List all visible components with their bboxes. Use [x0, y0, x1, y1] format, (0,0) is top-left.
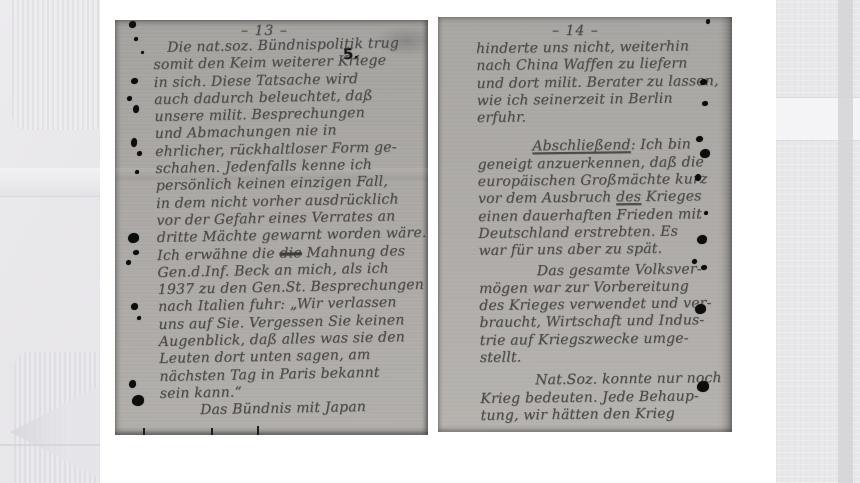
ink-blot	[133, 250, 139, 255]
handwritten-text-page-14: hinderte uns nicht, weiterhinnach China …	[476, 38, 732, 425]
ink-blot	[137, 316, 141, 320]
ink-blot	[700, 149, 710, 158]
ink-blot	[127, 96, 132, 101]
ink-blot	[131, 303, 138, 310]
scanned-page-14: – 14 – hinderte uns nicht, weiterhinnach…	[438, 17, 732, 432]
divider-line	[0, 444, 100, 446]
striped-panel-decoration	[12, 0, 100, 130]
ink-blot	[137, 151, 142, 156]
background-right-decoration	[776, 0, 860, 483]
ink-blot	[132, 395, 144, 406]
ink-blot	[704, 211, 708, 215]
ink-blot	[692, 259, 697, 264]
ink-blot	[131, 138, 137, 147]
handwriting-line: erfuhr.	[477, 107, 729, 127]
ink-blot	[126, 260, 131, 265]
page-number-14: – 14 –	[552, 23, 599, 39]
ink-blot	[701, 265, 707, 270]
ink-blot	[128, 233, 139, 243]
ink-blot	[131, 78, 138, 84]
ink-blot	[697, 381, 709, 392]
page-edge-notch	[143, 428, 145, 435]
handwriting-line: einen dauerhaften Frieden mit	[478, 206, 730, 226]
ink-blot	[141, 51, 144, 54]
ink-blot	[700, 79, 707, 85]
handwritten-text-page-13: Die nat.soz. Bündnispolitik trugsomit de…	[153, 35, 428, 421]
handwriting-line: stellt.	[480, 347, 732, 367]
ink-blot	[695, 304, 706, 314]
handwriting-line: Krieg bedeuten. Jede Behaup-	[480, 388, 732, 408]
ink-blot	[706, 19, 710, 24]
handwriting-line: und dort milit. Berater zu lassen,	[476, 73, 728, 93]
ink-blot	[135, 170, 139, 174]
ink-blot	[696, 136, 703, 142]
ink-blot	[134, 37, 138, 41]
ink-blot	[695, 174, 701, 181]
handwriting-line: war für uns aber zu spät.	[478, 240, 730, 260]
handwriting-line: braucht, Wirtschaft und Indus-	[479, 312, 731, 332]
document-scan: – 13 – 5. Die nat.soz. Bündnispolitik tr…	[0, 0, 860, 483]
ink-blot	[133, 105, 139, 113]
vertical-band-decoration	[838, 0, 853, 483]
ink-blot	[702, 101, 708, 106]
page-edge-notch	[257, 426, 259, 435]
handwriting-line: tung, wir hätten den Krieg	[480, 405, 732, 425]
ink-blot	[697, 235, 707, 244]
ink-blot	[129, 21, 136, 28]
page-edge-notch	[211, 428, 213, 435]
background-left-decoration	[0, 0, 100, 483]
scanned-page-13: – 13 – 5. Die nat.soz. Bündnispolitik tr…	[115, 20, 428, 435]
horizontal-band-decoration	[0, 168, 100, 197]
ink-blot	[129, 380, 136, 388]
